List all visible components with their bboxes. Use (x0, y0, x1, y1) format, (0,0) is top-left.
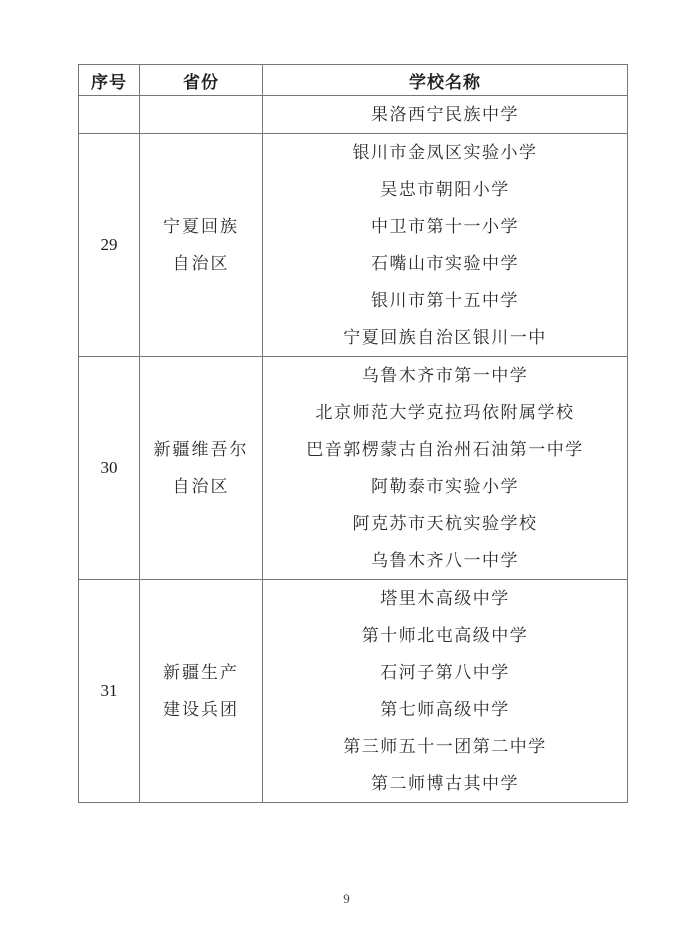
table-row: 31 新疆生产 建设兵团 塔里木高级中学第十师北屯高级中学石河子第八中学第七师高… (79, 580, 628, 803)
school-name: 阿克苏市天杭实验学校 (263, 505, 627, 542)
school-name: 吴忠市朝阳小学 (263, 171, 627, 208)
school-name: 石河子第八中学 (263, 654, 627, 691)
school-name: 第二师博古其中学 (263, 765, 627, 802)
table-row: 29 宁夏回族 自治区 银川市金凤区实验小学吴忠市朝阳小学中卫市第十一小学石嘴山… (79, 134, 628, 357)
school-name: 果洛西宁民族中学 (263, 96, 627, 133)
table-row: 果洛西宁民族中学 (79, 96, 628, 134)
province-cell (140, 96, 263, 134)
school-list-cell: 银川市金凤区实验小学吴忠市朝阳小学中卫市第十一小学石嘴山市实验中学银川市第十五中… (263, 134, 628, 357)
row-index-cell: 31 (79, 580, 140, 803)
school-name: 第十师北屯高级中学 (263, 617, 627, 654)
province-cell: 新疆生产 建设兵团 (140, 580, 263, 803)
school-list-cell: 乌鲁木齐市第一中学北京师范大学克拉玛依附属学校巴音郭楞蒙古自治州石油第一中学阿勒… (263, 357, 628, 580)
school-name: 北京师范大学克拉玛依附属学校 (263, 394, 627, 431)
school-list-cell: 塔里木高级中学第十师北屯高级中学石河子第八中学第七师高级中学第三师五十一团第二中… (263, 580, 628, 803)
school-list-cell: 果洛西宁民族中学 (263, 96, 628, 134)
school-name: 塔里木高级中学 (263, 580, 627, 617)
table-body: 果洛西宁民族中学 29 宁夏回族 自治区 银川市金凤区实验小学吴忠市朝阳小学中卫… (79, 96, 628, 803)
row-index-cell (79, 96, 140, 134)
document-page: 序号 省份 学校名称 果洛西宁民族中学 29 宁夏回族 自治区 银川市金凤区实验… (0, 0, 693, 925)
col-header-province: 省份 (140, 65, 263, 96)
table-header-row: 序号 省份 学校名称 (79, 65, 628, 96)
school-name: 中卫市第十一小学 (263, 208, 627, 245)
table-row: 30 新疆维吾尔 自治区 乌鲁木齐市第一中学北京师范大学克拉玛依附属学校巴音郭楞… (79, 357, 628, 580)
school-name: 银川市金凤区实验小学 (263, 134, 627, 171)
school-name: 第三师五十一团第二中学 (263, 728, 627, 765)
school-name: 阿勒泰市实验小学 (263, 468, 627, 505)
col-header-index: 序号 (79, 65, 140, 96)
school-name: 石嘴山市实验中学 (263, 245, 627, 282)
school-name: 宁夏回族自治区银川一中 (263, 319, 627, 356)
school-table: 序号 省份 学校名称 果洛西宁民族中学 29 宁夏回族 自治区 银川市金凤区实验… (78, 64, 628, 803)
school-name: 巴音郭楞蒙古自治州石油第一中学 (263, 431, 627, 468)
province-cell: 宁夏回族 自治区 (140, 134, 263, 357)
school-name: 乌鲁木齐八一中学 (263, 542, 627, 579)
row-index-cell: 29 (79, 134, 140, 357)
school-name: 乌鲁木齐市第一中学 (263, 357, 627, 394)
school-name: 第七师高级中学 (263, 691, 627, 728)
page-number: 9 (0, 891, 693, 907)
col-header-school: 学校名称 (263, 65, 628, 96)
school-name: 银川市第十五中学 (263, 282, 627, 319)
province-cell: 新疆维吾尔 自治区 (140, 357, 263, 580)
row-index-cell: 30 (79, 357, 140, 580)
